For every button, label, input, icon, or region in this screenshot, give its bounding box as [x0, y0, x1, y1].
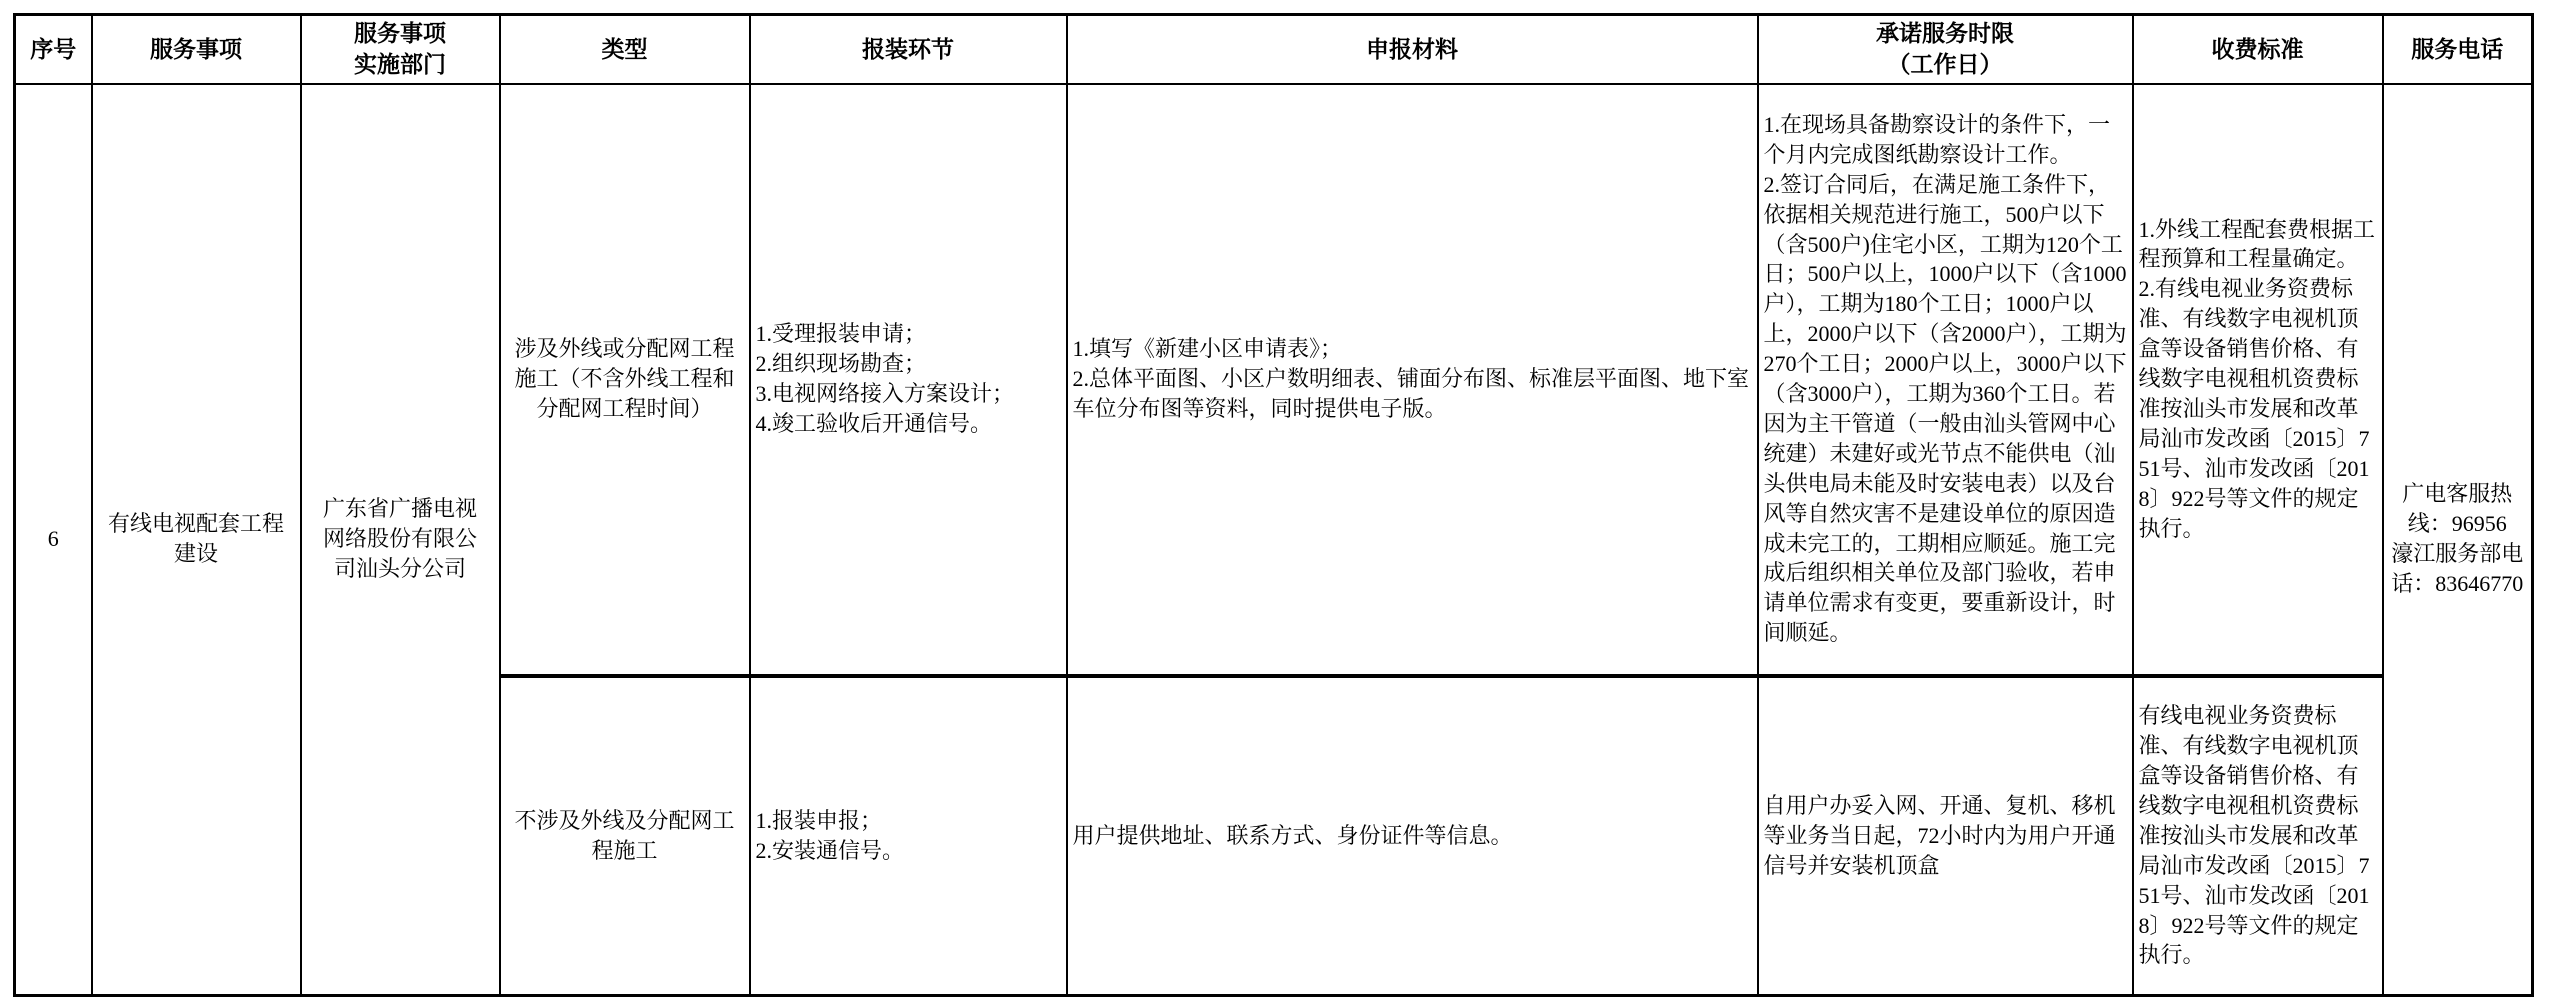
- col-header-department: 服务事项 实施部门: [301, 15, 500, 84]
- col-header-steps: 报装环节: [750, 15, 1067, 84]
- header-row: 序号 服务事项 服务事项 实施部门 类型 报装环节 申报材料 承诺服务时限 （工…: [15, 15, 2533, 84]
- cell-time-limit-2: 自用户办妥入网、开通、复机、移机等业务当日起，72小时内为用户开通信号并安装机顶…: [1758, 676, 2133, 996]
- col-header-time-limit: 承诺服务时限 （工作日）: [1758, 15, 2133, 84]
- cell-time-limit-1: 1.在现场具备勘察设计的条件下，一个月内完成图纸勘察设计工作。 2.签订合同后，…: [1758, 84, 2133, 676]
- cell-type-2: 不涉及外线及分配网工程施工: [500, 676, 750, 996]
- col-header-type: 类型: [500, 15, 750, 84]
- col-header-fee: 收费标准: [2133, 15, 2383, 84]
- cell-service-item: 有线电视配套工程建设: [92, 84, 301, 996]
- cell-phone: 广电客服热线：96956 濠江服务部电话：83646770: [2383, 84, 2533, 996]
- col-header-materials: 申报材料: [1067, 15, 1758, 84]
- table-row: 6 有线电视配套工程建设 广东省广播电视网络股份有限公司汕头分公司 涉及外线或分…: [15, 84, 2533, 676]
- cell-department: 广东省广播电视网络股份有限公司汕头分公司: [301, 84, 500, 996]
- cell-type-1: 涉及外线或分配网工程施工（不含外线工程和分配网工程时间）: [500, 84, 750, 676]
- col-header-service-item: 服务事项: [92, 15, 301, 84]
- col-header-phone: 服务电话: [2383, 15, 2533, 84]
- col-header-index: 序号: [15, 15, 92, 84]
- cell-fee-2: 有线电视业务资费标准、有线数字电视机顶盒等设备销售价格、有线数字电视租机资费标准…: [2133, 676, 2383, 996]
- cell-index: 6: [15, 84, 92, 996]
- cell-fee-1: 1.外线工程配套费根据工程预算和工程量确定。 2.有线电视业务资费标准、有线数字…: [2133, 84, 2383, 676]
- cell-steps-2: 1.报装申报； 2.安装通信号。: [750, 676, 1067, 996]
- cell-materials-1: 1.填写《新建小区申请表》； 2.总体平面图、小区户数明细表、铺面分布图、标准层…: [1067, 84, 1758, 676]
- service-catalog-sheet: 序号 服务事项 服务事项 实施部门 类型 报装环节 申报材料 承诺服务时限 （工…: [13, 13, 2534, 997]
- cell-materials-2: 用户提供地址、联系方式、身份证件等信息。: [1067, 676, 1758, 996]
- cell-steps-1: 1.受理报装申请； 2.组织现场勘查； 3.电视网络接入方案设计； 4.竣工验收…: [750, 84, 1067, 676]
- service-catalog-table: 序号 服务事项 服务事项 实施部门 类型 报装环节 申报材料 承诺服务时限 （工…: [13, 13, 2534, 997]
